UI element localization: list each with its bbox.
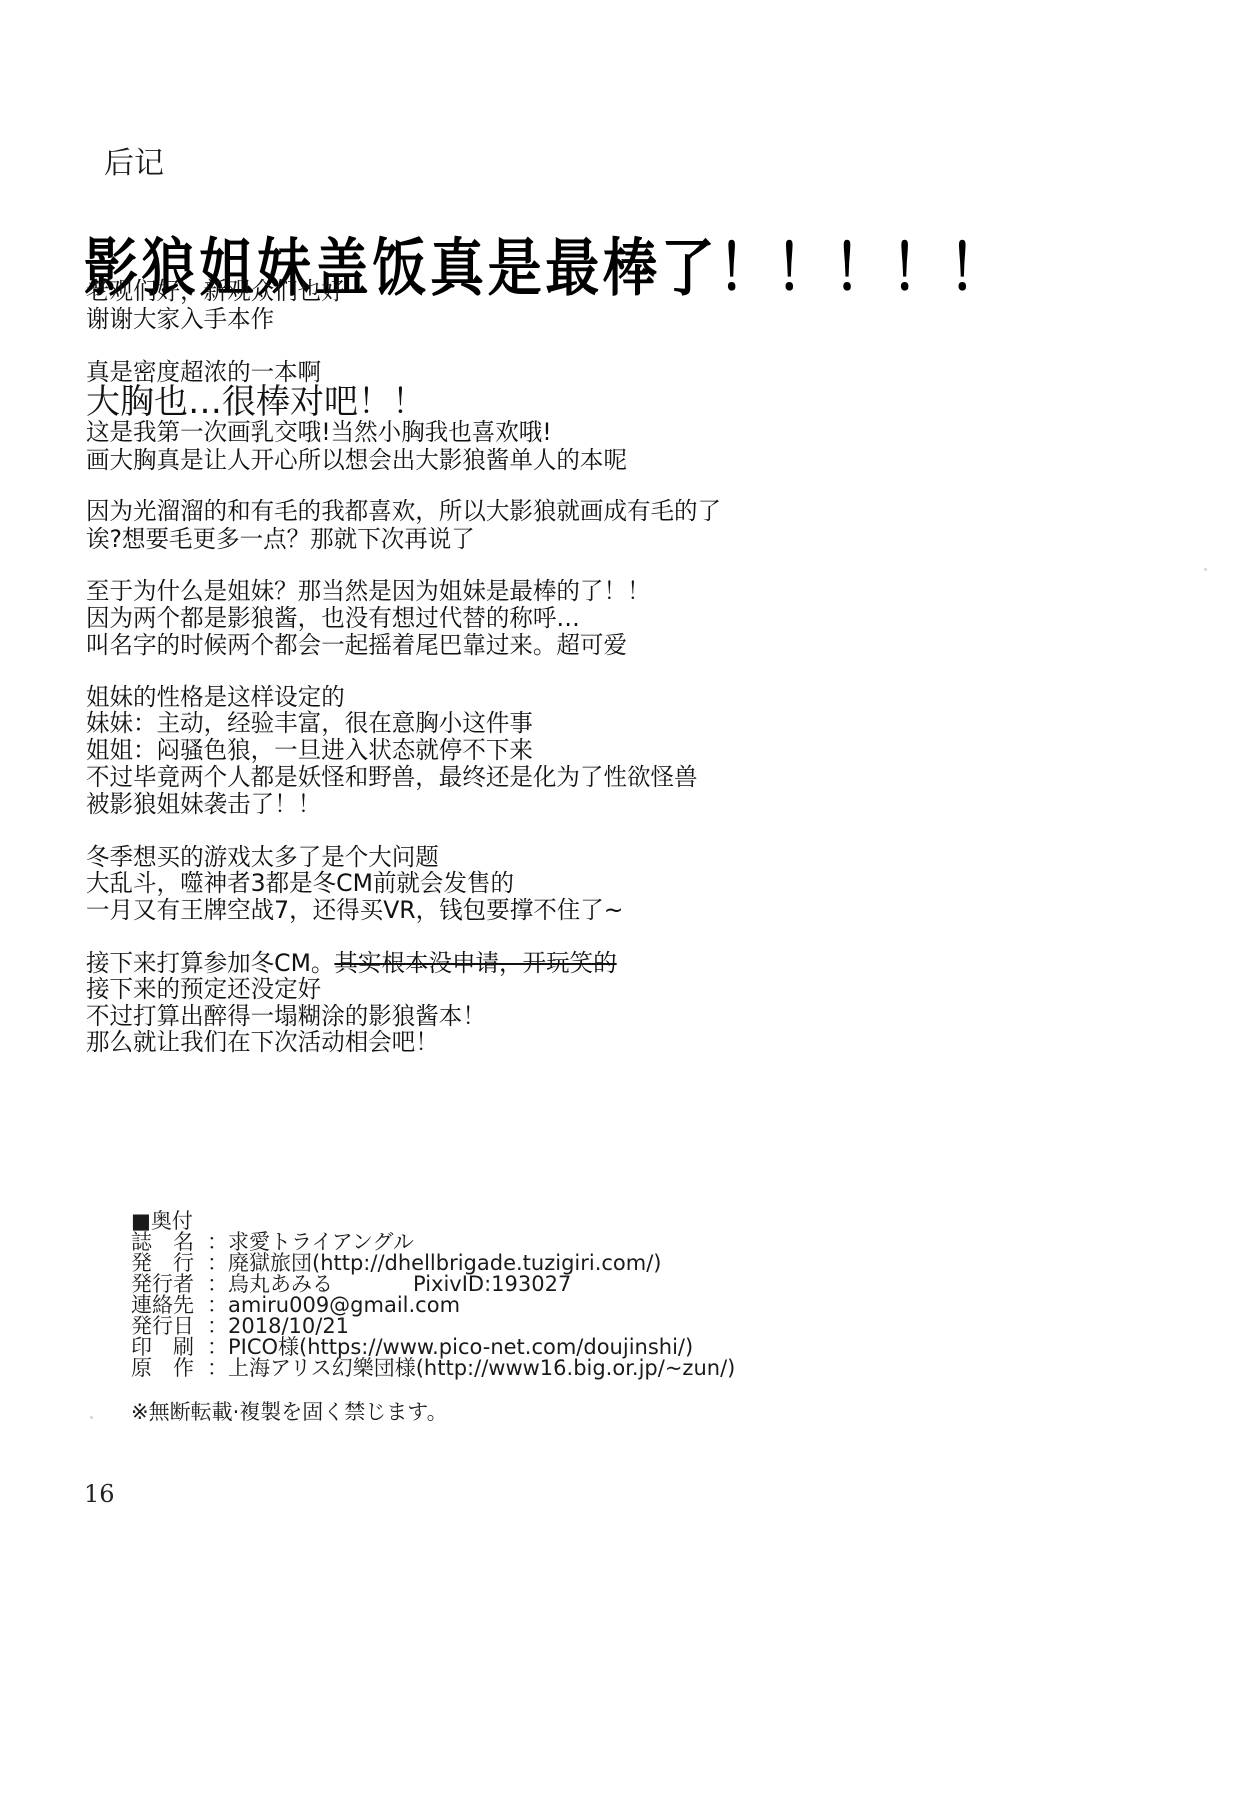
body-line: 被影狼姐妹袭击了！！ [86, 789, 321, 819]
colophon-label: 連絡先 [131, 1294, 207, 1316]
body-text-plain: 接下来打算参加冬CM。 [86, 949, 334, 977]
colophon-label: 発行日 [131, 1315, 207, 1337]
body-line: 接下来的预定还没定好 [86, 974, 321, 1004]
colophon-row: 発 行：廃獄旅団(http://dhellbrigade.tuzigiri.co… [131, 1252, 662, 1274]
colophon-value: 上海アリス幻樂団様(http://www16.big.or.jp/~zun/) [228, 1356, 735, 1380]
body-line: 诶?想要毛更多一点？那就下次再说了 [86, 524, 475, 554]
body-line: 这是我第一次画乳交哦!当然小胸我也喜欢哦! [86, 417, 552, 447]
body-line: 姐姐：闷骚色狼，一旦进入状态就停不下来 [86, 735, 533, 765]
scan-speck [1204, 568, 1207, 571]
body-line: 不过毕竟两个人都是妖怪和野兽，最终还是化为了性欲怪兽 [86, 762, 698, 792]
body-line: 画大胸真是让人开心所以想会出大影狼酱单人的本呢 [86, 445, 627, 475]
colophon-row: 発行日：2018/10/21 [131, 1315, 349, 1337]
colophon-label: 原 作 [131, 1357, 207, 1379]
page-number: 16 [84, 1480, 115, 1508]
struck-text: 其实根本没申请，开玩笑的 [334, 949, 616, 977]
colophon-row: 印 刷：PICO様(https://www.pico-net.com/douji… [131, 1336, 693, 1358]
body-line: 因为光溜溜的和有毛的我都喜欢，所以大影狼就画成有毛的了 [86, 496, 721, 526]
emphasis-line: 大胸也…很棒对吧！！ [86, 383, 426, 421]
colophon-label: 印 刷 [131, 1336, 207, 1358]
section-heading: 后记 [104, 146, 164, 182]
body-line: 叫名字的时候两个都会一起摇着尾巴靠过来。超可爱 [86, 630, 627, 660]
copyright-notice: ※無断転載·複製を固く禁じます。 [131, 1400, 448, 1424]
colophon-separator: ： [207, 1356, 228, 1380]
colophon-label: 発行者 [131, 1273, 207, 1295]
colophon-row: 原 作：上海アリス幻樂団様(http://www16.big.or.jp/~zu… [131, 1357, 735, 1379]
body-line: 至于为什么是姐妹？那当然是因为姐妹是最棒的了！！ [86, 576, 650, 606]
body-line: 因为两个都是影狼酱，也没有想过代替的称呼… [86, 603, 580, 633]
colophon-row: 連絡先：amiru009@gmail.com [131, 1294, 460, 1316]
colophon-heading: ■奥付 [131, 1210, 193, 1232]
colophon-row: 誌 名：求愛トライアングル [131, 1231, 414, 1253]
colophon-row: 発行者：烏丸あみるPixivID:193027 [131, 1273, 571, 1295]
colophon-label: 発 行 [131, 1252, 207, 1274]
body-line: 一月又有王牌空战7，还得买VR，钱包要撑不住了~ [86, 895, 624, 925]
body-line: 老观们好，新观众们也好 [86, 276, 345, 306]
colophon-label: 誌 名 [131, 1231, 207, 1253]
body-line: 谢谢大家入手本作 [86, 304, 274, 334]
body-line: 那么就让我们在下次活动相会吧！ [86, 1027, 439, 1057]
scan-speck [90, 1416, 93, 1419]
body-line: 妹妹：主动，经验丰富，很在意胸小这件事 [86, 708, 533, 738]
body-line: 大乱斗，噬神者3都是冬CM前就会发售的 [86, 868, 514, 898]
